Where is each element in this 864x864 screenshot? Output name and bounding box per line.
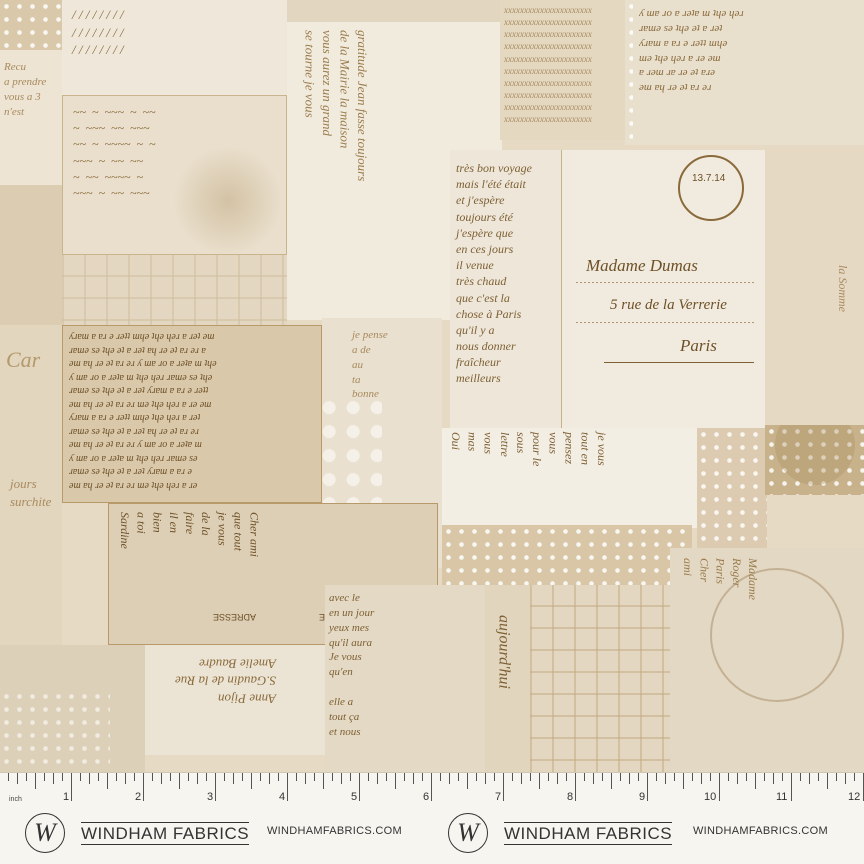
paper-scrap: Car jours surchite — [0, 325, 62, 645]
ruler-tick — [368, 773, 369, 781]
ruler-tick — [224, 773, 225, 781]
windham-logo-icon: W — [25, 813, 65, 853]
ruler-tick — [665, 773, 666, 784]
ruler-tick — [44, 773, 45, 781]
ruler-tick — [656, 773, 657, 781]
letter-scrap: aujourd'hui — [485, 585, 530, 772]
ruler-tick — [26, 773, 27, 781]
ruler-tick — [755, 773, 756, 789]
postcard-message-side: très bon voyage mais l'été était et j'es… — [450, 150, 562, 430]
ruler-tick — [314, 773, 315, 781]
ruler-tick — [278, 773, 279, 781]
ruler-tick — [305, 773, 306, 784]
fabric-swatch: Recu a prendre vous a 3 n'est Car jours … — [0, 0, 864, 772]
letter-scrap: / / / / / / / / / / / / / / / / / / / / … — [62, 0, 287, 97]
ruler-tick — [458, 773, 459, 781]
ruler-tick — [503, 773, 504, 801]
ruler-tick — [521, 773, 522, 784]
letter-scrap: ʎ ɯɐ ɹo ɐ ɹǝʇɐ ɯ ʇɥǝ ɥǝɹ ɹɐɯǝ sǝ ʇɥǝ ǝʇ … — [625, 0, 864, 145]
ruler-tick — [719, 773, 720, 801]
ruler-tick — [728, 773, 729, 781]
ruler-tick — [62, 773, 63, 781]
ruler-tick — [773, 773, 774, 784]
ruler-tick — [116, 773, 117, 781]
ruler-tick — [746, 773, 747, 781]
ruler-tick — [791, 773, 792, 801]
paper-scrap — [0, 185, 62, 325]
ruler-tick — [242, 773, 243, 781]
ruler-tick — [584, 773, 585, 781]
ruler-tick — [809, 773, 810, 784]
ruler-tick — [269, 773, 270, 784]
ruler-number: 6 — [423, 791, 429, 803]
ruler-tick — [764, 773, 765, 781]
ruler-tick — [710, 773, 711, 781]
brand-wordmark: WINDHAM FABRICS — [81, 822, 249, 845]
brand-wordmark: WINDHAM FABRICS — [504, 822, 672, 845]
ruler-tick — [818, 773, 819, 781]
ruler-tick — [440, 773, 441, 781]
ruler-tick — [152, 773, 153, 781]
ruler-tick — [512, 773, 513, 781]
polka-dot-patch — [0, 0, 62, 50]
ruler-tick — [215, 773, 216, 801]
ruler-number: 1 — [63, 791, 69, 803]
ruler-tick — [125, 773, 126, 784]
ruler-number: 10 — [704, 791, 716, 803]
ruler-tick — [170, 773, 171, 781]
ruler-tick — [854, 773, 855, 781]
ruler-tick — [386, 773, 387, 781]
ruler-number: 9 — [639, 791, 645, 803]
ruler-tick — [35, 773, 36, 789]
polka-dot-patch — [765, 425, 864, 495]
ruler-tick — [593, 773, 594, 784]
ruler-tick — [467, 773, 468, 789]
ruler-tick — [80, 773, 81, 781]
brand-block-right: W WINDHAM FABRICS — [448, 813, 672, 853]
ruler-tick — [17, 773, 18, 784]
ruler-tick — [206, 773, 207, 781]
website-link[interactable]: WINDHAMFABRICS.COM — [693, 825, 828, 837]
letter-scrap: xxxxxxxxxxxxxxxxxxxxxx xxxxxxxxxxxxxxxxx… — [500, 0, 625, 140]
ruler-tick — [134, 773, 135, 781]
ruler-tick — [98, 773, 99, 781]
address-line: Paris — [680, 335, 717, 358]
ruler-number: 11 — [776, 791, 787, 803]
address-line: Madame Dumas — [586, 255, 698, 278]
ruler-footer: inch 1 2 3 4 5 6 7 8 9 10 11 12 W WINDHA… — [0, 772, 864, 864]
ruler-tick — [179, 773, 180, 789]
ruler-tick — [341, 773, 342, 784]
ruler-tick — [629, 773, 630, 784]
ruler-tick — [638, 773, 639, 781]
ruler-tick — [422, 773, 423, 781]
letter-scrap: Madame Roger Paris Cher ami — [670, 548, 864, 772]
dense-letter: ʎɹɐɯ ɐ ɐɹ ǝ ɹǝʇʇ ɯɥǝ ʇɥǝ ɥǝɹ ɐ ɹǝʇ ǝɯ ɹɐ… — [62, 325, 322, 503]
postcard-address-side: 13.7.14 Madame Dumas 5 rue de la Verreri… — [560, 150, 765, 430]
windham-logo-icon: W — [448, 813, 488, 853]
ruler-tick — [575, 773, 576, 801]
ruler-tick — [404, 773, 405, 781]
ruler-tick — [53, 773, 54, 784]
letter-scrap — [62, 255, 287, 325]
polka-dot-band — [442, 525, 692, 585]
ruler-tick — [161, 773, 162, 784]
ruler-tick — [89, 773, 90, 784]
ruler-tick — [332, 773, 333, 781]
letter-scrap: Anne Pijon S.Gaudin de la Rue Amelie Bau… — [145, 645, 325, 755]
paper-scrap: Recu a prendre vous a 3 n'est — [0, 50, 62, 185]
ruler-tick — [494, 773, 495, 781]
ruler-tick — [188, 773, 189, 781]
ruler-tick — [827, 773, 828, 789]
website-link[interactable]: WINDHAMFABRICS.COM — [267, 825, 402, 837]
ruler-tick — [251, 773, 252, 789]
ruler-tick — [449, 773, 450, 784]
ruler-number: 3 — [207, 791, 213, 803]
ruler-tick — [683, 773, 684, 789]
ruler-tick — [8, 773, 9, 781]
ruler-tick — [737, 773, 738, 784]
ruler-tick — [260, 773, 261, 781]
ruler-tick — [548, 773, 549, 781]
postmark-stamp: 13.7.14 — [678, 155, 744, 221]
polka-dot-patch — [697, 428, 767, 548]
ruler-tick — [395, 773, 396, 789]
ruler-number: 5 — [351, 791, 357, 803]
ruler-tick — [557, 773, 558, 784]
ruler-tick — [413, 773, 414, 784]
ruler-number: 4 — [279, 791, 285, 803]
ruler-tick — [350, 773, 351, 781]
ruler-ticks — [0, 773, 864, 803]
paper-scrap: la Somme — [765, 145, 864, 425]
ruler-tick — [611, 773, 612, 789]
ruler-tick — [431, 773, 432, 801]
ruler-tick — [566, 773, 567, 781]
brick-wall-patch — [530, 585, 670, 772]
letter-scrap: avec le en un jour yeux mes qu'il aura J… — [325, 585, 485, 772]
ruler-tick — [476, 773, 477, 781]
ruler-number: 8 — [567, 791, 573, 803]
ruler-tick — [845, 773, 846, 784]
ruler-tick — [323, 773, 324, 789]
ruler-tick — [359, 773, 360, 801]
ruler-number: 12 — [848, 791, 860, 803]
ruler-tick — [692, 773, 693, 781]
ruler-number: 2 — [135, 791, 141, 803]
paper-scrap — [0, 645, 145, 772]
ruler-tick — [233, 773, 234, 784]
ruler-tick — [620, 773, 621, 781]
ruler-tick — [530, 773, 531, 781]
ruler-tick — [377, 773, 378, 784]
ruler-tick — [602, 773, 603, 781]
ruler-tick — [287, 773, 288, 801]
ruler-tick — [197, 773, 198, 784]
ruler-tick — [107, 773, 108, 789]
address-line: 5 rue de la Verrerie — [610, 295, 727, 315]
ruler-tick — [647, 773, 648, 801]
ruler-tick — [674, 773, 675, 781]
letter-scrap: je vous tout en pensez vous pour le sous… — [442, 428, 697, 528]
brand-block-left: W WINDHAM FABRICS — [25, 813, 249, 853]
ruler-tick — [143, 773, 144, 801]
ruler-tick — [782, 773, 783, 781]
ruler-tick — [71, 773, 72, 801]
ruler-tick — [539, 773, 540, 789]
ruler-tick — [800, 773, 801, 781]
letter-scrap: ~~ ~ ~~~ ~ ~~ ~ ~~~ ~~ ~~~ ~~ ~ ~~~~ ~ ~… — [62, 95, 287, 255]
ruler-tick — [485, 773, 486, 784]
paper-scrap — [287, 0, 502, 22]
ruler-number: 7 — [495, 791, 501, 803]
ruler-tick — [836, 773, 837, 781]
adresse-label: ADRESSE — [213, 612, 256, 622]
ruler-unit-label: inch — [9, 796, 22, 803]
ruler-tick — [701, 773, 702, 784]
ruler-tick — [296, 773, 297, 781]
